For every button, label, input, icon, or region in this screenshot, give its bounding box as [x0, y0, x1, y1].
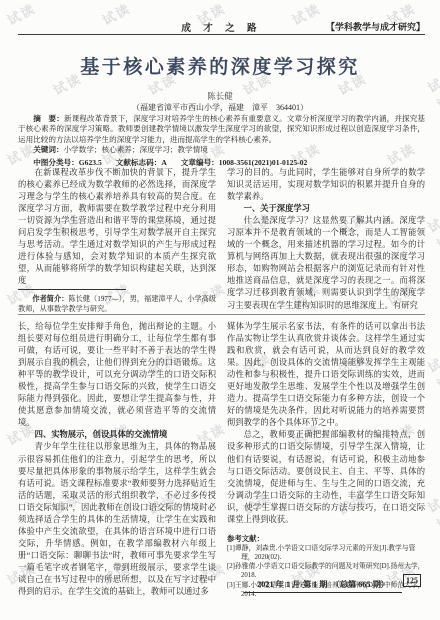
journal-page: 试读试读试读试读试读试读试读试读试读试读试读试读试读试读试读试读试读试读试读试读… [0, 0, 440, 620]
page-header: 成 才 之 路 【学科教学与成才研究】 [18, 20, 425, 36]
section-heading-1: 一、关于深度学习 [227, 203, 425, 215]
clc-value: G623.5 [79, 158, 102, 167]
page-number: 125 [403, 574, 421, 587]
article-body-top: 在新课程改革步伐不断加快的背景下，提升学生的核心素养已经成为数学教师的必然选择，… [18, 167, 425, 314]
body-paragraph: 总之，教师要正确把握部编教材的编排特点，创设多种形式的口语交际情境，引导学生深入… [227, 429, 425, 525]
author-bio-label: 作者简介： [32, 295, 68, 303]
article-affiliation: （福建省漳平市西山小学，福建 漳平 364401） [0, 102, 440, 113]
keywords-text: 小学数学；核心素养；深度学习；教学情境 [64, 145, 208, 154]
column-tag: 【学科教学与成才研究】 [326, 20, 425, 33]
body-paragraph: 学习的目的。与此同时，学生能够对自身所学的数学知识灵活运用，实现对数学知识的积累… [227, 167, 425, 203]
intro-paragraph: 在新课程改革步伐不断加快的背景下，提升学生的核心素养已经成为数学教师的必然选择，… [18, 167, 216, 287]
article-meta-block: 摘 要：新课程改革背景下，深度学习对培养学生的核心素养有重要意义。文章分析深度学… [18, 114, 425, 168]
references-label: 参考文献： [227, 533, 425, 544]
header-rule [18, 34, 425, 35]
body-paragraph: 什么是深度学习？这显然要了解其内涵。深度学习原本并不是教育领域的一个概念，而是人… [227, 215, 425, 311]
bottom-left-column: 长，给每位学生安排辩手角色，抛出辩论的主题。小组长要对每位组员进行明确分工，让每… [18, 321, 216, 587]
abstract: 摘 要：新课程改革背景下，深度学习对培养学生的核心素养有重要意义。文章分析深度学… [18, 114, 425, 145]
author-bio-footnote: 作者简介：陈长健（1977—），男，福建漳平人，小学高级教师，从事数学教学与研究… [18, 289, 216, 314]
keywords-label: 关键词： [33, 145, 63, 154]
doc-code-label: 文献标志码： [116, 158, 162, 167]
body-paragraph: 长，给每位学生安排辩手角色，抛出辩论的主题。小组长要对每位组员进行明确分工，让每… [18, 321, 216, 429]
body-paragraph: 青少年学生往往以形象思维为主，具体的物品展示很容易抓住他们的注意力，引起学生的思… [18, 441, 216, 598]
clc-label: 中图分类号： [33, 158, 79, 167]
issue-info: 2021 年 1 月·第 1 期 （总第 665 期） [244, 579, 402, 593]
abstract-label: 摘 要： [33, 114, 64, 123]
page-footer: 2021 年 1 月·第 1 期 （总第 665 期） 125 [244, 574, 425, 594]
author-bio: 作者简介：陈长健（1977—），男，福建漳平人，小学高级教师，从事数学教学与研究… [18, 294, 216, 314]
keywords: 关键词：小学数学；核心素养；深度学习；教学情境 [18, 145, 425, 155]
article-divider [18, 314, 425, 315]
section-heading-4: 四、实物展示，创设具体的交流情境 [18, 429, 216, 441]
top-right-column: 学习的目的。与此同时，学生能够对自身所学的数学知识灵活运用，实现对数学知识的积累… [227, 167, 425, 314]
article-id-label: 文章编号： [181, 158, 219, 167]
footnote-rule [18, 289, 126, 290]
body-paragraph: 媒体为学生展示名家书法，有条件的话可以拿出书法作品实物让学生认真欣赏并谈体会。这… [227, 321, 425, 429]
top-left-column: 在新课程改革步伐不断加快的背景下，提升学生的核心素养已经成为数学教师的必然选择，… [18, 167, 216, 314]
article-title: 基于核心素养的深度学习探究 [0, 52, 440, 79]
article-body-bottom: 长，给每位学生安排辩手角色，抛出辩论的主题。小组长要对每位组员进行明确分工，让每… [18, 321, 425, 587]
abstract-text: 新课程改革背景下，深度学习对培养学生的核心素养有重要意义。文章分析深度学习的教学… [18, 114, 425, 144]
reference-item: [1]谭静，刘森贵.小学语文口语交际学习元素的开发[J].教学与管理，2020(… [227, 544, 425, 562]
article-author: 陈长健 [0, 90, 440, 102]
bottom-right-column: 媒体为学生展示名家书法，有条件的话可以拿出书法作品实物让学生认真欣赏并谈体会。这… [227, 321, 425, 587]
article-id-value: 1008-3561(2021)01-0125-02 [219, 158, 308, 167]
doc-code-value: A [161, 158, 166, 167]
